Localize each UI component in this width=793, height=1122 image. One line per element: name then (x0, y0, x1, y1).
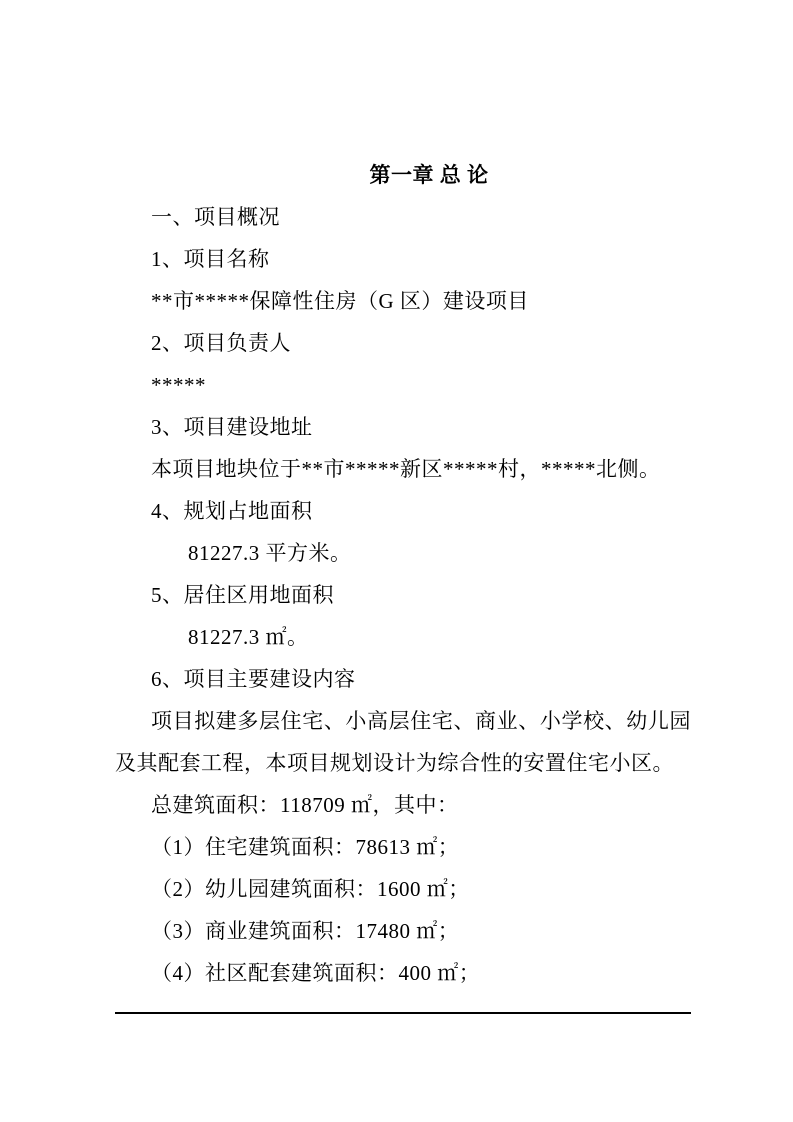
list-item-kindergarten-area: （2）幼儿园建筑面积：1600 ㎡； (115, 868, 691, 910)
item-heading-project-manager: 2、项目负责人 (115, 322, 691, 364)
list-item-community-area: （4）社区配套建筑面积：400 ㎡； (115, 952, 691, 994)
project-name-text: **市*****保障性住房（G 区）建设项目 (115, 280, 691, 322)
section-heading-overview: 一、项目概况 (115, 196, 691, 238)
item-heading-project-name: 1、项目名称 (115, 238, 691, 280)
list-item-commercial-area: （3）商业建筑面积：17480 ㎡； (115, 910, 691, 952)
list-item-residential-area: （1）住宅建筑面积：78613 ㎡； (115, 826, 691, 868)
project-address-text: 本项目地块位于**市*****新区*****村，*****北侧。 (115, 448, 691, 490)
planned-land-area-value: 81227.3 平方米。 (115, 532, 691, 574)
residential-land-area-value: 81227.3 ㎡。 (115, 616, 691, 658)
chapter-title: 第一章 总 论 (115, 154, 691, 196)
document-page: 第一章 总 论 一、项目概况 1、项目名称 **市*****保障性住房（G 区）… (0, 0, 793, 1122)
item-heading-residential-land-area: 5、居住区用地面积 (115, 574, 691, 616)
footer-divider (115, 1012, 691, 1014)
item-heading-main-construction: 6、项目主要建设内容 (115, 658, 691, 700)
total-floor-area-line: 总建筑面积：118709 ㎡，其中： (115, 784, 691, 826)
document-body: 第一章 总 论 一、项目概况 1、项目名称 **市*****保障性住房（G 区）… (115, 154, 691, 994)
main-construction-paragraph: 项目拟建多层住宅、小高层住宅、商业、小学校、幼儿园及其配套工程，本项目规划设计为… (115, 700, 691, 784)
item-heading-planned-land-area: 4、规划占地面积 (115, 490, 691, 532)
item-heading-project-address: 3、项目建设地址 (115, 406, 691, 448)
project-manager-text: ***** (115, 364, 691, 406)
